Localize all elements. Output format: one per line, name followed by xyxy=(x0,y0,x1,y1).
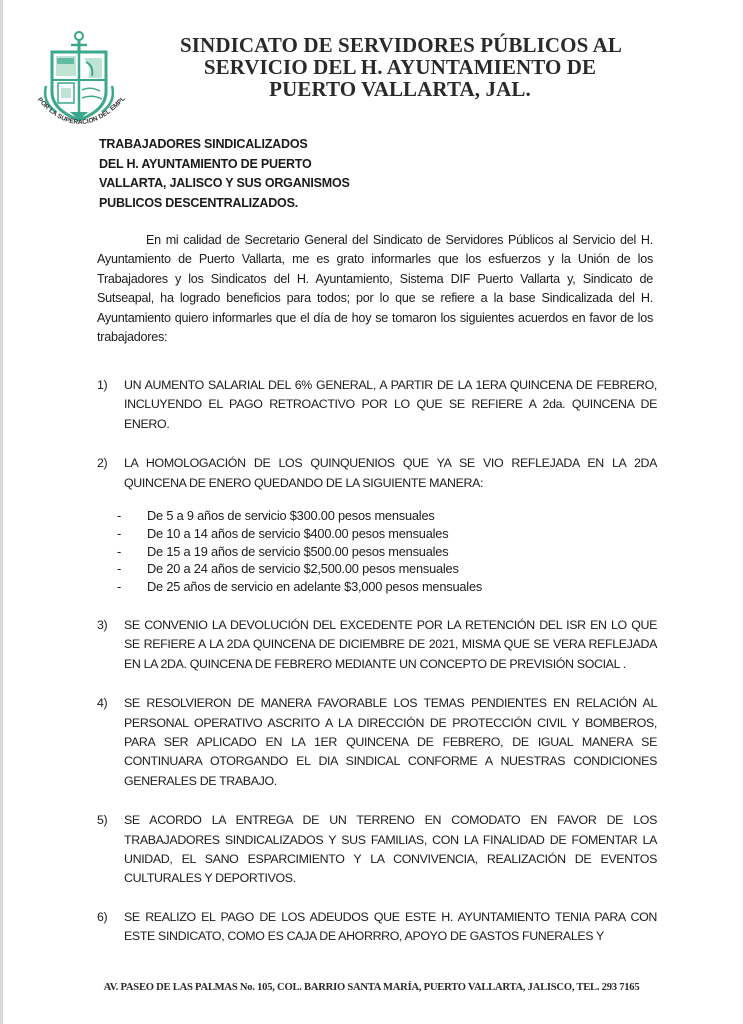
agreement-number: 3) xyxy=(97,616,107,635)
agreement-item: 5) SE ACORDO LA ENTREGA DE UN TERRENO EN… xyxy=(97,811,657,889)
seniority-bonus-list: -De 5 a 9 años de servicio $300.00 pesos… xyxy=(97,507,657,596)
bonus-text: De 20 a 24 años de servicio $2,500.00 pe… xyxy=(147,561,459,576)
agreements-list: 1) UN AUMENTO SALARIAL DEL 6% GENERAL, A… xyxy=(97,376,657,965)
bonus-item: -De 15 a 19 años de servicio $500.00 pes… xyxy=(117,543,657,561)
addressee-block: TRABAJADORES SINDICALIZADOS DEL H. AYUNT… xyxy=(99,135,350,213)
agreement-number: 2) xyxy=(97,454,107,473)
anchor-shield-icon: POR LA SUPERACION DEL EMPLEADO MUNICIPAL xyxy=(22,28,132,128)
agreement-text: UN AUMENTO SALARIAL DEL 6% GENERAL, A PA… xyxy=(124,378,657,431)
agreement-item: 1) UN AUMENTO SALARIAL DEL 6% GENERAL, A… xyxy=(97,376,657,434)
addressee-line: PUBLICOS DESCENTRALIZADOS. xyxy=(99,194,350,214)
title-line: SINDICATO DE SERVIDORES PÚBLICOS AL xyxy=(180,34,620,56)
agreement-item: 3) SE CONVENIO LA DEVOLUCIÓN DEL EXCEDEN… xyxy=(97,616,657,674)
bonus-text: De 25 años de servicio en adelante $3,00… xyxy=(147,579,482,594)
agreement-item: 6) SE REALIZO EL PAGO DE LOS ADEUDOS QUE… xyxy=(97,908,657,947)
addressee-line: TRABAJADORES SINDICALIZADOS xyxy=(99,135,350,155)
dash-marker: - xyxy=(117,525,121,543)
bonus-item: -De 5 a 9 años de servicio $300.00 pesos… xyxy=(117,507,657,525)
bonus-item: -De 20 a 24 años de servicio $2,500.00 p… xyxy=(117,560,657,578)
dash-marker: - xyxy=(117,543,121,561)
addressee-line: VALLARTA, JALISCO Y SUS ORGANISMOS xyxy=(99,174,350,194)
agreement-text: SE RESOLVIERON DE MANERA FAVORABLE LOS T… xyxy=(124,696,657,788)
agreement-number: 1) xyxy=(97,376,107,395)
union-crest-logo: POR LA SUPERACION DEL EMPLEADO MUNICIPAL xyxy=(22,28,132,128)
agreement-number: 5) xyxy=(97,811,107,830)
agreement-text: SE ACORDO LA ENTREGA DE UN TERRENO EN CO… xyxy=(124,813,657,885)
agreement-text: LA HOMOLOGACIÓN DE LOS QUINQUENIOS QUE Y… xyxy=(124,456,657,489)
agreement-number: 6) xyxy=(97,908,107,927)
agreement-number: 4) xyxy=(97,694,107,713)
bonus-text: De 5 a 9 años de servicio $300.00 pesos … xyxy=(147,508,435,523)
agreement-item: 4) SE RESOLVIERON DE MANERA FAVORABLE LO… xyxy=(97,694,657,791)
intro-text: En mi calidad de Secretario General del … xyxy=(97,231,653,347)
bonus-item: -De 25 años de servicio en adelante $3,0… xyxy=(117,578,657,596)
letterhead-title: SINDICATO DE SERVIDORES PÚBLICOS AL SERV… xyxy=(180,34,620,100)
title-line: PUERTO VALLARTA, JAL. xyxy=(180,78,620,100)
dash-marker: - xyxy=(117,507,121,525)
page-edge xyxy=(0,0,3,1024)
dash-marker: - xyxy=(117,560,121,578)
bonus-item: -De 10 a 14 años de servicio $400.00 pes… xyxy=(117,525,657,543)
addressee-line: DEL H. AYUNTAMIENTO DE PUERTO xyxy=(99,155,350,175)
agreement-text: SE REALIZO EL PAGO DE LOS ADEUDOS QUE ES… xyxy=(124,910,657,943)
bonus-text: De 10 a 14 años de servicio $400.00 peso… xyxy=(147,526,448,541)
bonus-text: De 15 a 19 años de servicio $500.00 peso… xyxy=(147,544,448,559)
intro-paragraph: En mi calidad de Secretario General del … xyxy=(97,231,653,347)
title-line: SERVICIO DEL H. AYUNTAMIENTO DE xyxy=(180,56,620,78)
letterhead-footer-address: AV. PASEO DE LAS PALMAS No. 105, COL. BA… xyxy=(0,982,743,993)
agreement-text: SE CONVENIO LA DEVOLUCIÓN DEL EXCEDENTE … xyxy=(124,618,657,671)
agreement-item: 2) LA HOMOLOGACIÓN DE LOS QUINQUENIOS QU… xyxy=(97,454,657,493)
dash-marker: - xyxy=(117,578,121,596)
